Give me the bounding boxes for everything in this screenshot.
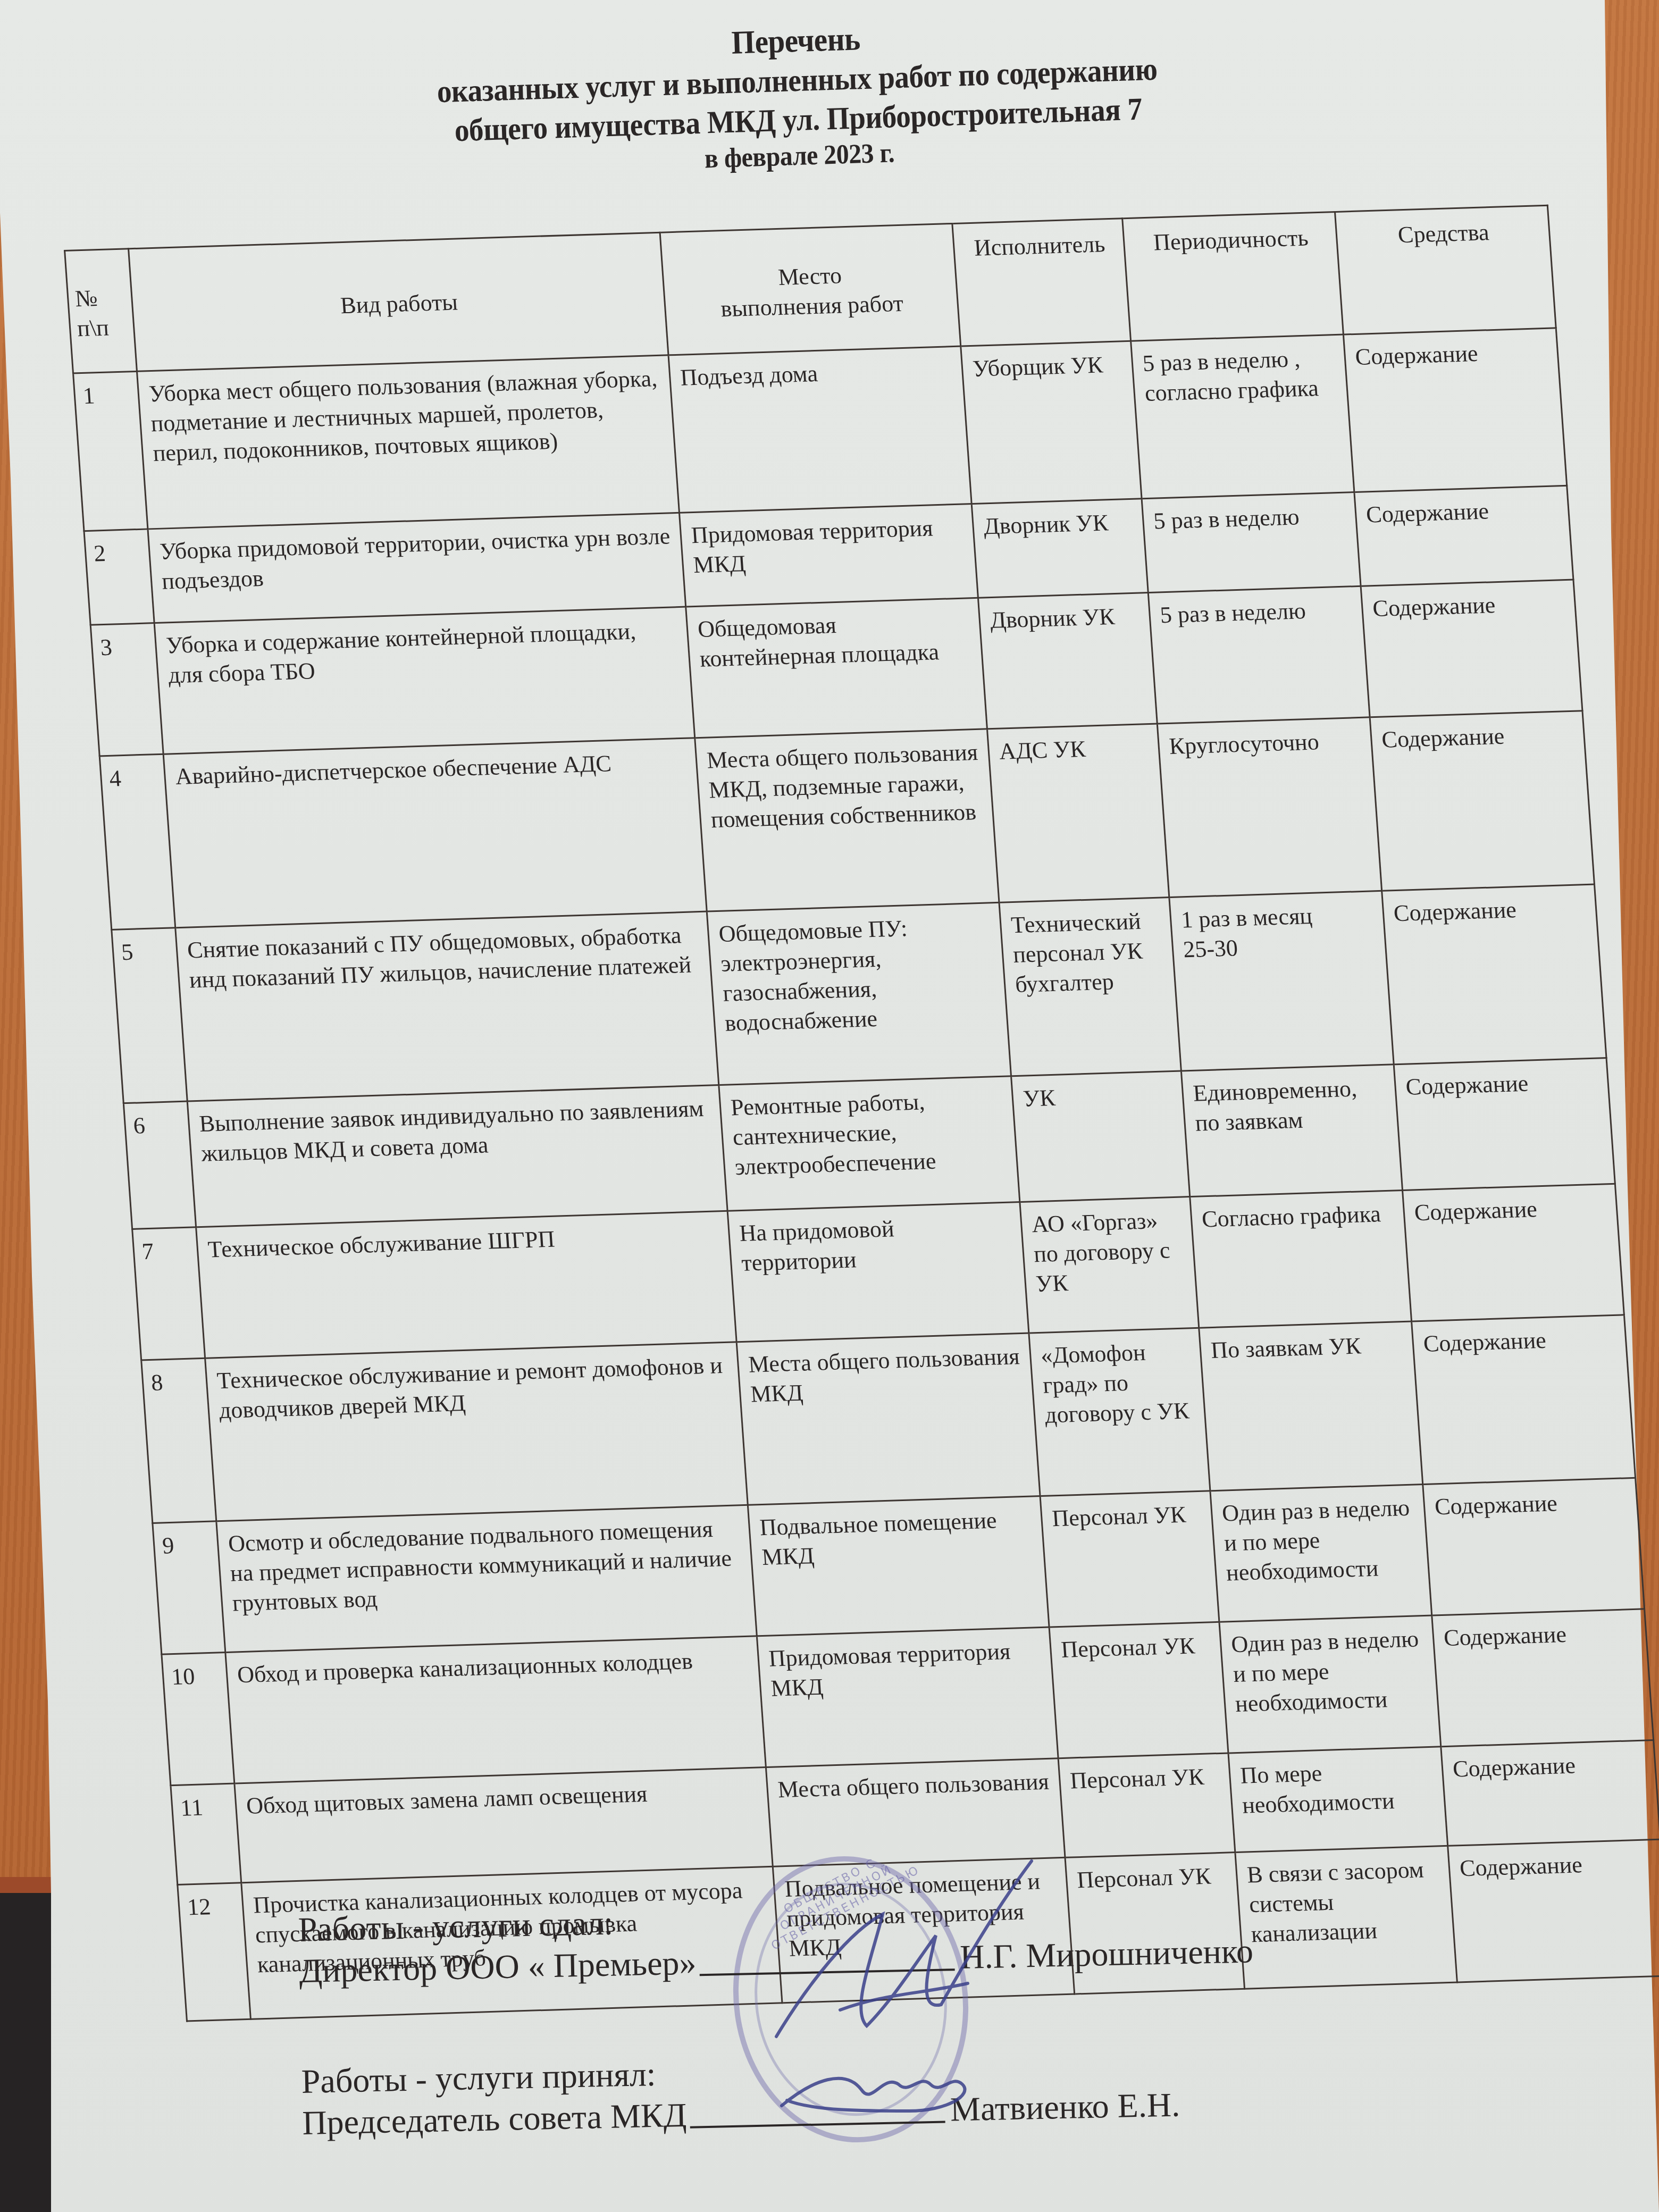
cell-means: Содержание — [1441, 1740, 1659, 1846]
cell-executor: Персонал УК — [1058, 1753, 1235, 1857]
cell-work: Аварийно-диспетчерское обеспечение АДС — [163, 738, 707, 928]
accepted-name: Матвиенко Е.Н. — [950, 2084, 1180, 2130]
cell-work: Уборка и содержание контейнерной площадк… — [154, 607, 695, 754]
cell-work: Уборка придомовой территории, очистка ур… — [148, 513, 686, 623]
document-title: Перечень оказанных услуг и выполненных р… — [264, 5, 1331, 190]
cell-periodicity: Один раз в неделю и по мере необходимост… — [1219, 1615, 1441, 1753]
cell-means: Содержание — [1448, 1839, 1659, 1982]
cell-periodicity: Согласно графика — [1190, 1190, 1412, 1328]
services-table: № п\п Вид работы Место выполнения работ … — [64, 205, 1659, 2022]
cell-work: Уборка мест общего пользования (влажная … — [137, 355, 679, 529]
accepted-role: Председатель совета МКД — [302, 2094, 687, 2144]
cell-executor: Технический персонал УК бухгалтер — [999, 898, 1181, 1076]
cell-num: 1 — [73, 371, 148, 531]
cell-executor: УК — [1011, 1071, 1190, 1202]
cell-means: Содержание — [1423, 1478, 1645, 1615]
document-page: Перечень оказанных услуг и выполненных р… — [0, 0, 1659, 2212]
cell-periodicity: Один раз в неделю и по мере необходимост… — [1210, 1485, 1432, 1622]
cell-means: Содержание — [1382, 884, 1606, 1065]
cell-executor: АДС УК — [987, 724, 1169, 902]
cell-executor: Дворник УК — [971, 499, 1148, 598]
cell-num: 5 — [112, 928, 187, 1103]
cell-num: 12 — [178, 1883, 251, 2021]
cell-num: 11 — [171, 1783, 241, 1884]
cell-place: Придомовая территория МКД — [757, 1627, 1058, 1767]
cell-num: 8 — [141, 1358, 216, 1523]
cell-executor: Уборщик УК — [961, 341, 1142, 504]
cell-periodicity: 5 раз в неделю , согласно графика — [1131, 334, 1354, 499]
cell-periodicity: По мере необходимости — [1228, 1747, 1448, 1853]
cell-place: Общедомовая контейнерная площадка — [686, 598, 987, 738]
cell-place: Места общего пользования МКД, подземные … — [695, 729, 999, 911]
cell-means: Содержание — [1432, 1609, 1654, 1747]
header-num: № п\п — [65, 249, 137, 373]
cell-num: 4 — [99, 754, 175, 929]
cell-work: Обход и проверка канализационных колодце… — [225, 1636, 766, 1783]
cell-place: Подвальное помещение МКД — [748, 1496, 1049, 1636]
cell-executor: АО «Горгаз» по договору с УК — [1020, 1197, 1199, 1333]
cell-work: Обход щитовых замена ламп освещения — [234, 1767, 773, 1883]
cell-periodicity: Круглосуточно — [1157, 717, 1381, 898]
cell-place: Ремонтные работы, сантехнические, электр… — [719, 1076, 1020, 1211]
accepted-label: Работы - услуги принял: — [301, 2054, 656, 2102]
cell-place: Подъезд дома — [668, 346, 971, 513]
cell-place: Общедомовые ПУ: электроэнергия, газоснаб… — [707, 902, 1011, 1085]
header-means: Средства — [1335, 205, 1556, 334]
cell-place: Места общего пользования — [766, 1758, 1065, 1866]
cell-executor: Персонал УК — [1040, 1491, 1219, 1627]
cell-means: Содержание — [1361, 580, 1582, 717]
header-periodicity: Периодичность — [1122, 212, 1344, 341]
cell-periodicity: Единовременно, по заявкам — [1181, 1065, 1402, 1197]
cell-num: 9 — [153, 1521, 225, 1654]
handed-over-name: Н.Г. Мирошниченко — [959, 1930, 1253, 1978]
cell-executor: Персонал УК — [1049, 1622, 1228, 1758]
signature-block: Работы - услуги сдал: Директор ООО « Пре… — [298, 1884, 1472, 2144]
cell-means: Содержание — [1354, 485, 1573, 586]
cell-means: Содержание — [1370, 711, 1594, 891]
cell-means: Содержание — [1403, 1184, 1624, 1321]
handed-over-label: Работы - услуги сдал: — [298, 1903, 614, 1950]
cell-periodicity: 5 раз в неделю — [1142, 492, 1361, 593]
cell-work: Снятие показаний с ПУ общедомовых, обраб… — [175, 911, 719, 1101]
cell-work: Техническое обслуживание и ремонт домофо… — [205, 1342, 748, 1521]
cell-executor: «Домофон град» по договору с УК — [1029, 1328, 1210, 1496]
cell-means: Содержание — [1394, 1058, 1615, 1191]
cell-periodicity: 1 раз в месяц 25-30 — [1169, 891, 1394, 1071]
cell-work: Выполнение заявок индивидуально по заявл… — [187, 1085, 727, 1227]
header-executor: Исполнитель — [952, 219, 1131, 346]
accepted-signature-line — [690, 2116, 945, 2129]
cell-executor: Дворник УК — [978, 593, 1157, 729]
cell-place: На придомовой территории — [727, 1202, 1029, 1342]
cell-num: 2 — [84, 529, 154, 625]
cell-num: 7 — [132, 1227, 205, 1360]
cell-num: 3 — [90, 623, 163, 756]
services-table-wrapper: № п\п Вид работы Место выполнения работ … — [64, 205, 1659, 2022]
header-place: Место выполнения работ — [660, 223, 961, 355]
cell-means: Содержание — [1343, 328, 1566, 492]
header-work: Вид работы — [129, 232, 668, 371]
cell-work: Техническое обслуживание ШГРП — [196, 1211, 737, 1358]
cell-work: Осмотр и обследование подвального помеще… — [216, 1505, 757, 1652]
cell-periodicity: По заявкам УК — [1199, 1321, 1423, 1491]
handed-over-signature-line — [700, 1963, 955, 1976]
cell-num: 10 — [162, 1652, 234, 1785]
cell-place: Придомовая территория МКД — [679, 504, 978, 607]
cell-means: Содержание — [1412, 1315, 1636, 1485]
handed-over-role: Директор ООО « Премьер» — [299, 1942, 697, 1992]
cell-periodicity: 5 раз в неделю — [1148, 586, 1370, 724]
cell-place: Места общего пользования МКД — [736, 1333, 1040, 1505]
cell-num: 6 — [123, 1101, 196, 1229]
